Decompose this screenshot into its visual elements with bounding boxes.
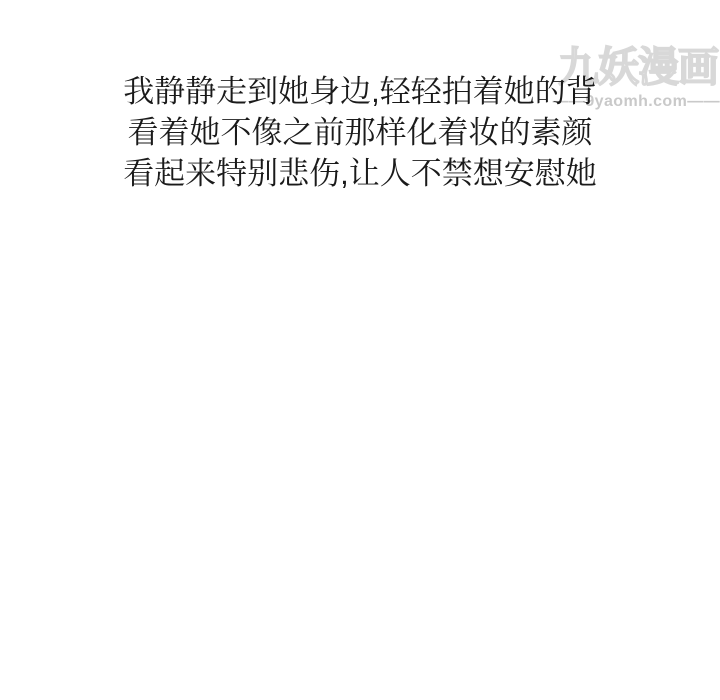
narration-text-block: 我静静走到她身边,轻轻拍着她的背 看着她不像之前那样化着妆的素颜 看起来特别悲伤… [0,71,720,194]
comic-page: 九妖漫画 ——9yaomh.com—— 我静静走到她身边,轻轻拍着她的背 看着她… [0,0,720,700]
narration-line-1: 我静静走到她身边,轻轻拍着她的背 [0,71,720,112]
narration-line-3: 看起来特别悲伤,让人不禁想安慰她 [0,153,720,194]
narration-line-2: 看着她不像之前那样化着妆的素颜 [0,112,720,153]
